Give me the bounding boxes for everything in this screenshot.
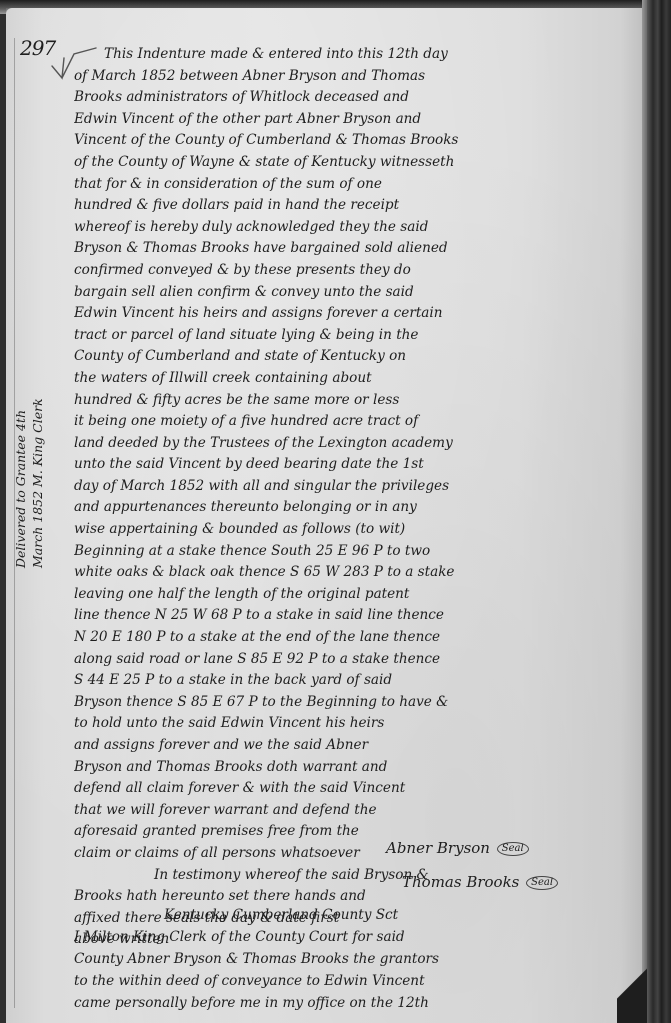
deed-line: Beginning at a stake thence South 25 E 9… xyxy=(74,541,634,563)
deed-line: whereof is hereby duly acknowledged they… xyxy=(74,217,634,239)
deed-line: Brooks administrators of Whitlock deceas… xyxy=(74,87,634,109)
margin-note: Delivered to Grantee 4th March 1852 M. K… xyxy=(12,238,46,568)
deed-line: hundred & five dollars paid in hand the … xyxy=(74,195,634,217)
margin-note-line: March 1852 M. King Clerk xyxy=(29,238,46,568)
seal-icon: Seal xyxy=(497,842,529,856)
margin-note-line: Delivered to Grantee 4th xyxy=(12,238,29,568)
deed-body: This Indenture made & entered into this … xyxy=(74,44,634,951)
signature-abner-bryson: Abner Bryson Seal xyxy=(366,831,636,865)
acknowledgment-line: County Abner Bryson & Thomas Brooks the … xyxy=(74,948,634,970)
deed-line: and assigns forever and we the said Abne… xyxy=(74,735,634,757)
deed-line: Bryson and Thomas Brooks doth warrant an… xyxy=(74,757,634,779)
deed-line: Vincent of the County of Cumberland & Th… xyxy=(74,130,634,152)
deed-line: along said road or lane S 85 E 92 P to a… xyxy=(74,649,634,671)
deed-line: white oaks & black oak thence S 65 W 283… xyxy=(74,562,634,584)
deed-line: defend all claim forever & with the said… xyxy=(74,778,634,800)
deed-line: Bryson & Thomas Brooks have bargained so… xyxy=(74,238,634,260)
acknowledgment-heading: Kentucky Cumberland County Sct xyxy=(74,904,634,926)
deed-line: confirmed conveyed & by these presents t… xyxy=(74,260,634,282)
deed-line: tract or parcel of land situate lying & … xyxy=(74,325,634,347)
acknowledgment-line: came personally before me in my office o… xyxy=(74,992,634,1014)
deed-line: County of Cumberland and state of Kentuc… xyxy=(74,346,634,368)
document-viewer: 297 Delivered to Grantee 4th March 1852 … xyxy=(0,0,671,1023)
deed-line: line thence N 25 W 68 P to a stake in sa… xyxy=(74,605,634,627)
deed-line: This Indenture made & entered into this … xyxy=(74,44,634,66)
acknowledgment-line: to the within deed of conveyance to Edwi… xyxy=(74,970,634,992)
deed-line: hundred & fifty acres be the same more o… xyxy=(74,390,634,412)
acknowledgment: Kentucky Cumberland County Sct I Milton … xyxy=(74,904,634,1014)
deed-line: S 44 E 25 P to a stake in the back yard … xyxy=(74,670,634,692)
deed-line: it being one moiety of a five hundred ac… xyxy=(74,411,634,433)
ledger-page: 297 Delivered to Grantee 4th March 1852 … xyxy=(6,8,646,1023)
page-corner-shadow xyxy=(617,943,647,1023)
deed-line: Edwin Vincent of the other part Abner Br… xyxy=(74,109,634,131)
deed-line: that for & in consideration of the sum o… xyxy=(74,174,634,196)
deed-line: to hold unto the said Edwin Vincent his … xyxy=(74,713,634,735)
deed-line: of March 1852 between Abner Bryson and T… xyxy=(74,66,634,88)
signature-name: Abner Bryson xyxy=(386,839,490,857)
signature-name: Thomas Brooks xyxy=(402,873,519,891)
deed-line: N 20 E 180 P to a stake at the end of th… xyxy=(74,627,634,649)
deed-line: Bryson thence S 85 E 67 P to the Beginni… xyxy=(74,692,634,714)
deed-line: day of March 1852 with all and singular … xyxy=(74,476,634,498)
deed-line: bargain sell alien confirm & convey unto… xyxy=(74,282,634,304)
deed-line: unto the said Vincent by deed bearing da… xyxy=(74,454,634,476)
acknowledgment-line: I Milton King Clerk of the County Court … xyxy=(74,926,634,948)
signature-thomas-brooks: Thomas Brooks Seal xyxy=(366,865,636,899)
book-binding xyxy=(647,0,671,1023)
deed-line: and appurtenances thereunto belonging or… xyxy=(74,497,634,519)
deed-line: land deeded by the Trustees of the Lexin… xyxy=(74,433,634,455)
deed-line: the waters of Illwill creek containing a… xyxy=(74,368,634,390)
deed-line: Edwin Vincent his heirs and assigns fore… xyxy=(74,303,634,325)
deed-line: of the County of Wayne & state of Kentuc… xyxy=(74,152,634,174)
deed-line: that we will forever warrant and defend … xyxy=(74,800,634,822)
deed-line: wise appertaining & bounded as follows (… xyxy=(74,519,634,541)
signatures: Abner Bryson Seal Thomas Brooks Seal xyxy=(366,831,636,899)
seal-icon: Seal xyxy=(526,876,558,890)
deed-line: leaving one half the length of the origi… xyxy=(74,584,634,606)
